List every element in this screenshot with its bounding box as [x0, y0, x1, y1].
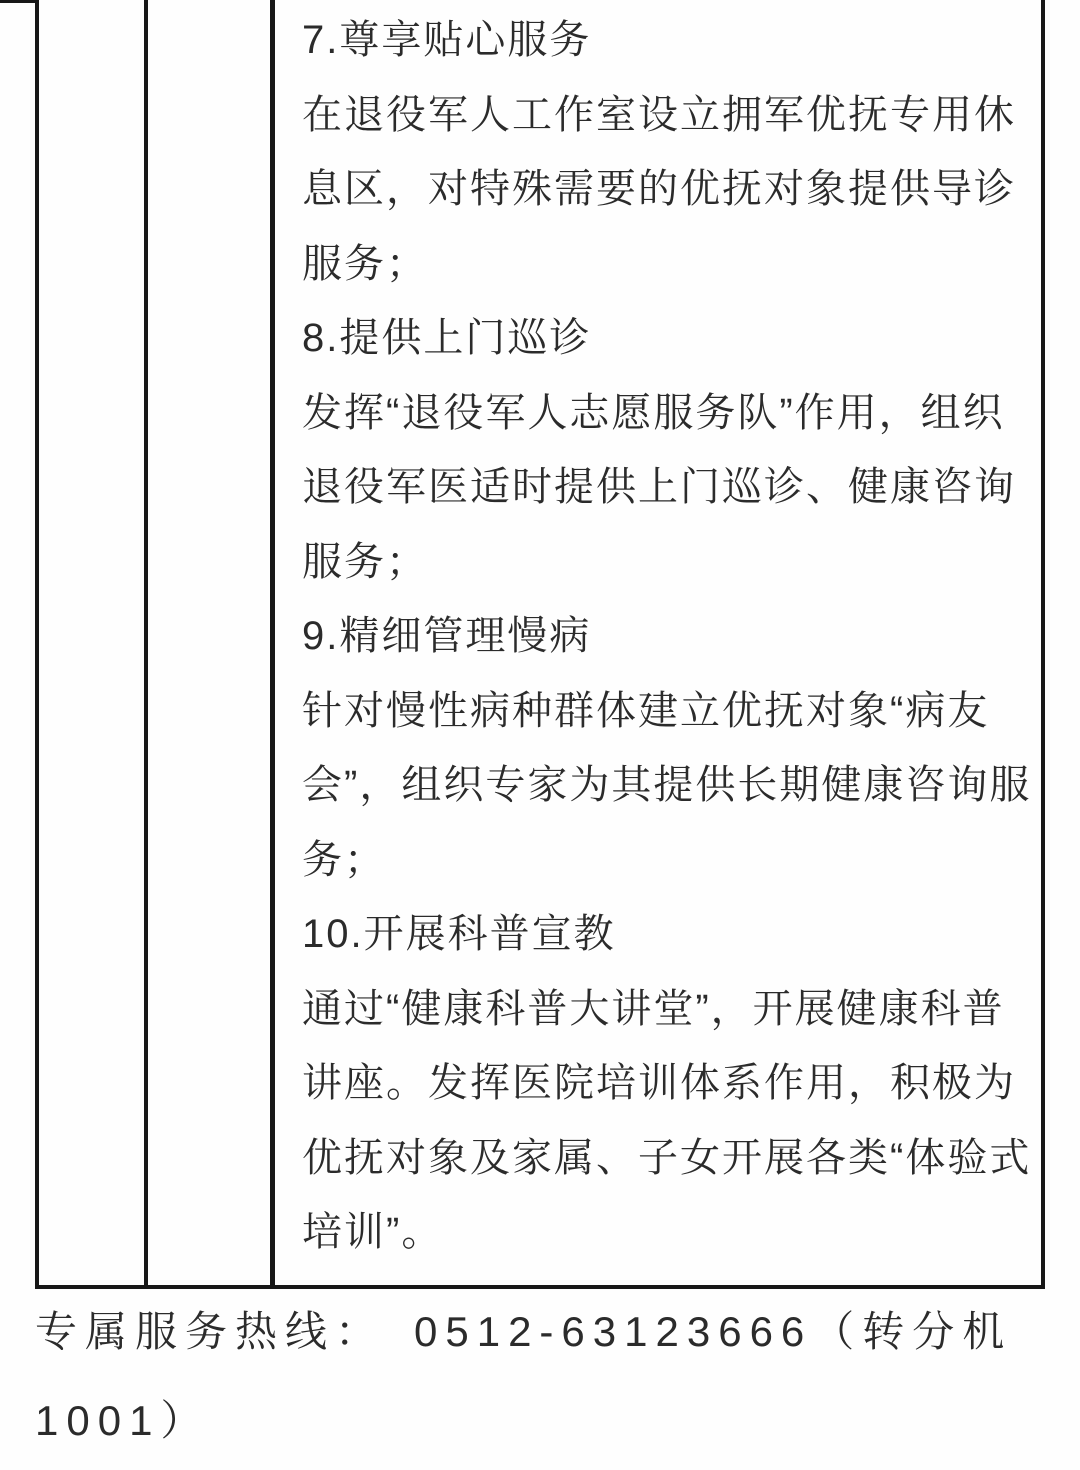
- item-7-body-line: 服务；: [302, 227, 1034, 302]
- item-7-body-line: 在退役军人工作室设立拥军优抚专用休: [302, 78, 1034, 153]
- hotline-text-line-2: 1001）: [35, 1376, 1080, 1465]
- item-10-title: 10.开展科普宣教: [302, 897, 1034, 972]
- item-8-title: 8.提供上门巡诊: [302, 301, 1034, 376]
- page: { "page": { "background": "#fefefe", "te…: [0, 0, 1080, 1470]
- item-7-title: 7.尊享贴心服务: [302, 3, 1034, 78]
- table-empty-cell-2: [148, 0, 270, 1285]
- hotline-footer: 专属服务热线： 0512-63123666（转分机 1001）: [35, 1287, 1080, 1465]
- item-10-body-line: 优抚对象及家属、子女开展各类“体验式: [302, 1121, 1034, 1196]
- item-10-body-line: 通过“健康科普大讲堂”，开展健康科普: [302, 972, 1034, 1047]
- item-10-body-line: 培训”。: [302, 1195, 1034, 1270]
- item-8-body-line: 退役军医适时提供上门巡诊、健康咨询: [302, 450, 1034, 525]
- table-border-right: [1041, 0, 1045, 1289]
- item-7-body-line: 息区，对特殊需要的优抚对象提供导诊: [302, 152, 1034, 227]
- item-10-body-line: 讲座。发挥医院培训体系作用，积极为: [302, 1046, 1034, 1121]
- table-top-border-stub: [0, 0, 39, 3]
- table-column-divider-2: [270, 0, 275, 1289]
- item-8-body-line: 发挥“退役军人志愿服务队”作用，组织: [302, 376, 1034, 451]
- table-content-cell: 7.尊享贴心服务 在退役军人工作室设立拥军优抚专用休 息区，对特殊需要的优抚对象…: [302, 3, 1034, 1270]
- item-9-body-line: 会”，组织专家为其提供长期健康咨询服: [302, 748, 1034, 823]
- item-9-body-line: 针对慢性病种群体建立优抚对象“病友: [302, 674, 1034, 749]
- item-9-body-line: 务；: [302, 823, 1034, 898]
- item-8-body-line: 服务；: [302, 525, 1034, 600]
- table-empty-cell-1: [39, 0, 144, 1285]
- hotline-text-line-1: 专属服务热线： 0512-63123666（转分机: [35, 1287, 1080, 1376]
- item-9-title: 9.精细管理慢病: [302, 599, 1034, 674]
